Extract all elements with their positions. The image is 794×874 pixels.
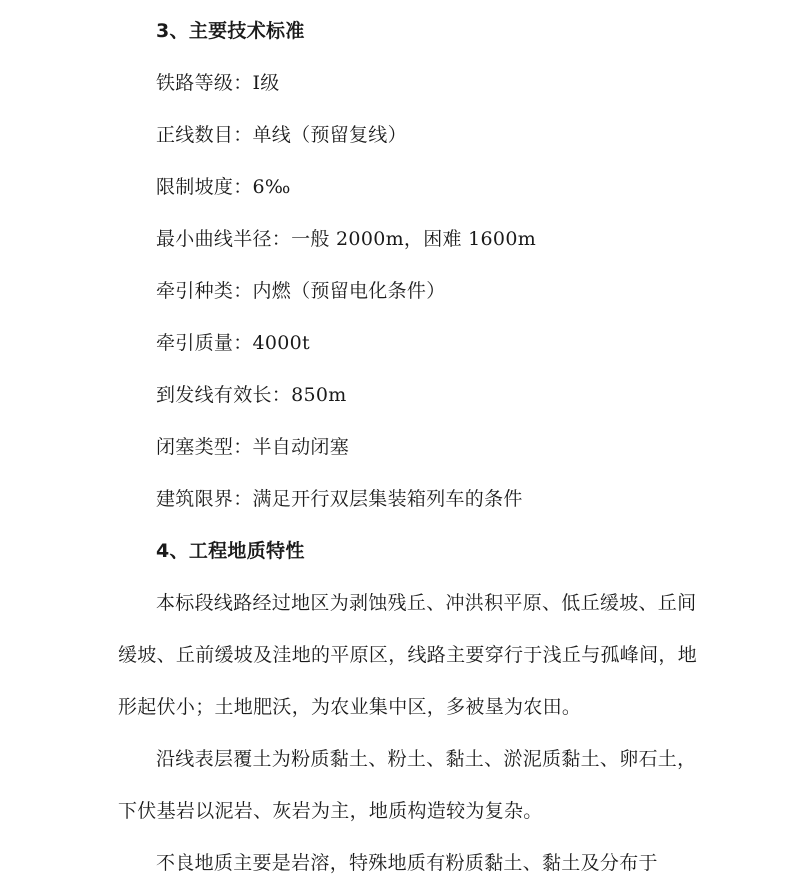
spec-item-traction-type: 牵引种类：内燃（预留电化条件） <box>156 279 446 303</box>
spec-item-min-curve-radius: 最小曲线半径：一般 2000m，困难 1600m <box>156 227 536 251</box>
paragraph-soil-line-2: 下伏基岩以泥岩、灰岩为主，地质构造较为复杂。 <box>118 799 543 823</box>
spec-item-block-type: 闭塞类型：半自动闭塞 <box>156 435 349 459</box>
section-heading-technical-standards: 3、主要技术标准 <box>156 19 305 43</box>
spec-item-main-lines: 正线数目：单线（预留复线） <box>156 123 407 147</box>
paragraph-soil-line-1: 沿线表层覆土为粉质黏土、粉土、黏土、淤泥质黏土、卵石土， <box>156 747 696 771</box>
spec-item-ruling-gradient: 限制坡度：6‰ <box>156 175 291 199</box>
paragraph-terrain-line-2: 缓坡、丘前缓坡及洼地的平原区，线路主要穿行于浅丘与孤峰间，地 <box>118 643 697 667</box>
document-page: 3、主要技术标准 铁路等级：Ⅰ级 正线数目：单线（预留复线） 限制坡度：6‰ 最… <box>0 0 794 874</box>
spec-item-siding-length: 到发线有效长：850m <box>156 383 347 407</box>
spec-item-railway-grade: 铁路等级：Ⅰ级 <box>156 71 280 95</box>
spec-item-clearance: 建筑限界：满足开行双层集装箱列车的条件 <box>156 487 523 511</box>
paragraph-adverse-geology-line-1: 不良地质主要是岩溶，特殊地质有粉质黏土、黏土及分布于 <box>156 851 658 874</box>
section-heading-geology: 4、工程地质特性 <box>156 539 305 563</box>
paragraph-terrain-line-3: 形起伏小；土地肥沃，为农业集中区，多被垦为农田。 <box>118 695 581 719</box>
paragraph-terrain-line-1: 本标段线路经过地区为剥蚀残丘、冲洪积平原、低丘缓坡、丘间 <box>156 591 696 615</box>
spec-item-traction-mass: 牵引质量：4000t <box>156 331 310 355</box>
